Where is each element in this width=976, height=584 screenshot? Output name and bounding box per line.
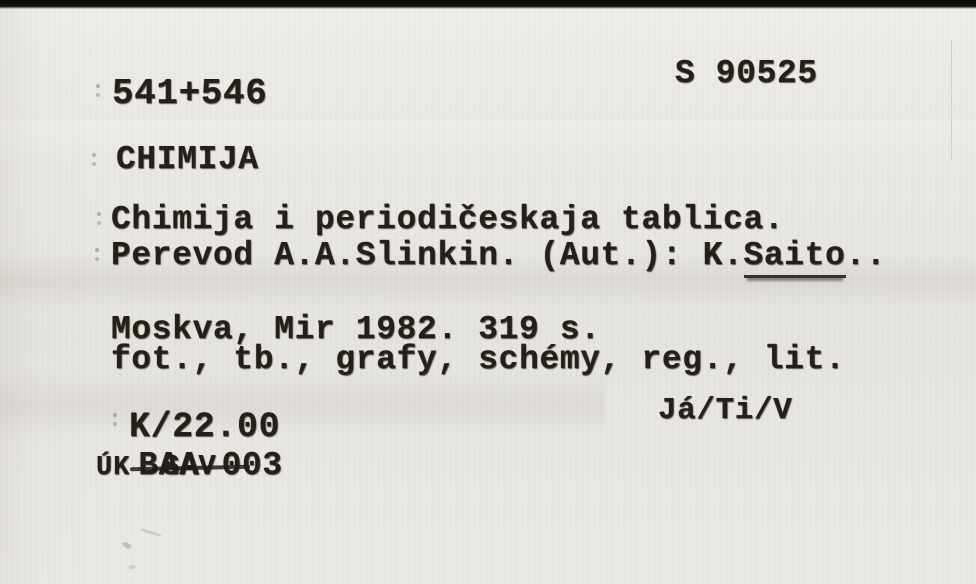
scan-artifact (92, 153, 96, 157)
scan-artifact (97, 212, 101, 216)
catalog-card-scan: 541+546 S 90525 CHIMIJA Chimija i period… (0, 0, 976, 584)
title-line: Chimija i periodičeskaja tablica. (111, 203, 784, 236)
physical-description-line: fot., tb., grafy, schémy, reg., lit. (111, 343, 846, 376)
call-number: 541+546 (112, 76, 267, 112)
pencil-smudge (121, 541, 132, 550)
scan-shading-band (0, 368, 605, 438)
cataloguer-marks: Já/Ti/V (658, 395, 792, 426)
pencil-smudge (128, 564, 137, 569)
underlined-author-name: Saito (744, 237, 846, 278)
pencil-smudge (140, 528, 162, 538)
subject-heading: CHIMIJA (116, 143, 259, 176)
corrected-location-code: BAASAV (138, 449, 199, 482)
scan-artifact (96, 84, 100, 88)
holdings-line: ÚKBAASAV003 (96, 449, 283, 482)
scan-edge-top (0, 0, 976, 9)
scan-artifact (95, 248, 99, 252)
scan-artifact (951, 40, 952, 160)
library-stamp: ÚK (96, 453, 130, 483)
price: K/22.00 (129, 410, 280, 445)
responsibility-line: Perevod A.A.Slinkin. (Aut.): K.Saito.. (111, 239, 886, 272)
scan-artifact (113, 413, 117, 417)
accession-number: S 90525 (675, 57, 818, 90)
responsibility-suffix: .. (846, 237, 887, 274)
responsibility-prefix: Perevod A.A.Slinkin. (Aut.): K. (111, 237, 744, 274)
